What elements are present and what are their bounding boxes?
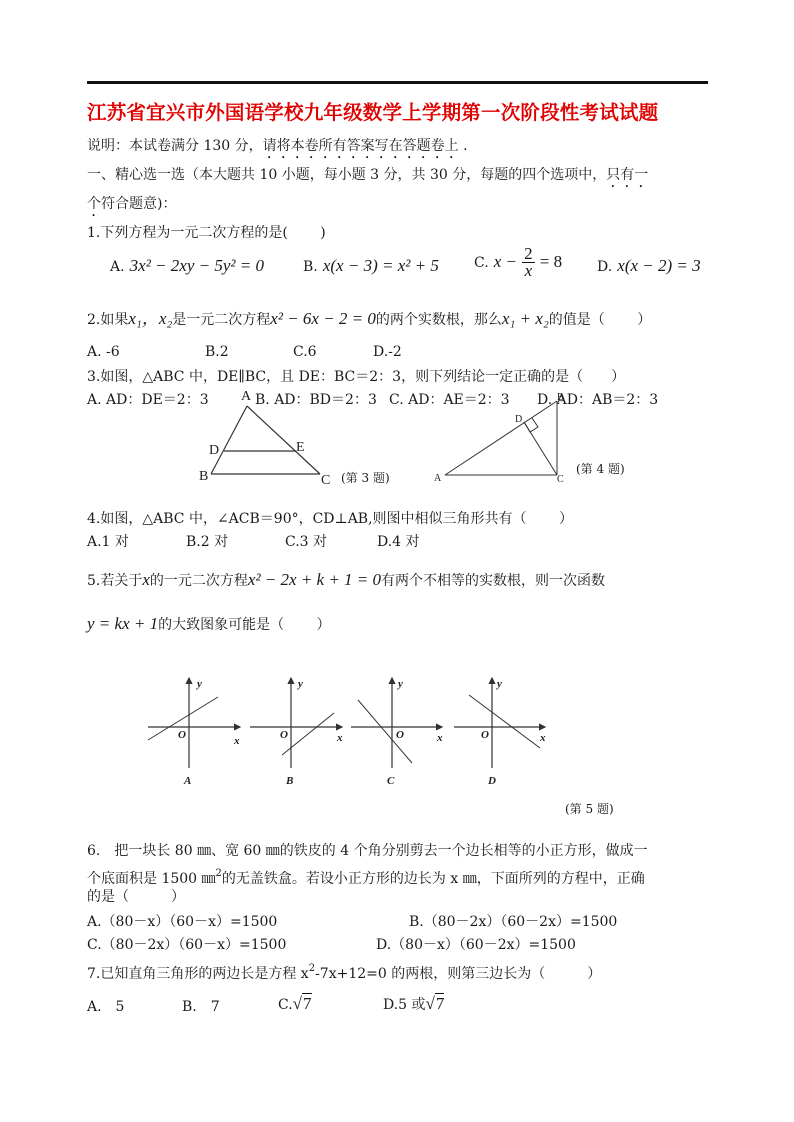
graph-c-x-label: x xyxy=(436,732,443,744)
sqrt-symbol: √ xyxy=(426,994,435,1013)
q7-option-a: A. 5 xyxy=(87,998,124,1016)
graph-b-x-label: x xyxy=(336,732,343,744)
graph-d-caption: D xyxy=(487,775,496,787)
q7-option-b: B. 7 xyxy=(182,998,220,1016)
graph-a xyxy=(148,678,240,768)
graph-d-y-label: y xyxy=(495,678,502,690)
q6-option-c: C.（80－2x）（60－x）=1500 xyxy=(87,936,286,954)
graph-c-origin: O xyxy=(396,729,404,741)
graph-c-caption: C xyxy=(387,775,395,787)
graph-b-caption: B xyxy=(285,775,293,787)
q6-stem-line3: 的是（ ） xyxy=(87,888,185,906)
q6-stem-line2: 个底面积是 1500 ㎜2的无盖铁盒。若设小正方形的边长为 x ㎜，下面所列的方… xyxy=(87,865,645,888)
q7-stem: 7.已知直角三角形的两边长是方程 x2-7x+12=0 的两根，则第三边长为（ … xyxy=(87,960,601,983)
graph-c-y-label: y xyxy=(396,678,403,690)
graph-b-origin: O xyxy=(280,729,288,741)
graph-d-x-label: x xyxy=(539,732,546,744)
graph-b xyxy=(250,678,342,768)
q7-option-c: C.√7 xyxy=(278,994,312,1014)
q5-figure-caption: (第 5 题) xyxy=(565,800,614,817)
graph-d-origin: O xyxy=(481,729,489,741)
sqrt-symbol: √ xyxy=(293,994,302,1013)
graph-c xyxy=(351,678,442,768)
q6-option-b: B.（80－2x）（60－2x）=1500 xyxy=(409,913,617,931)
graph-a-caption: A xyxy=(183,775,191,787)
q6-option-a: A.（80－x）（60－x）=1500 xyxy=(87,913,277,931)
q6-stem-line1: 6. 把一块长 80 ㎜、宽 60 ㎜的铁皮的 4 个角分别剪去一个边长相等的小… xyxy=(87,842,648,860)
graph-a-origin: O xyxy=(178,729,186,741)
graph-a-x-label: x xyxy=(233,735,240,747)
graph-d xyxy=(454,678,545,768)
q6-option-d: D.（80－x）（60－2x）=1500 xyxy=(376,936,576,954)
q7-option-d: D.5 或√7 xyxy=(383,994,444,1014)
graph-a-y-label: y xyxy=(195,678,202,690)
graph-b-y-label: y xyxy=(296,678,303,690)
